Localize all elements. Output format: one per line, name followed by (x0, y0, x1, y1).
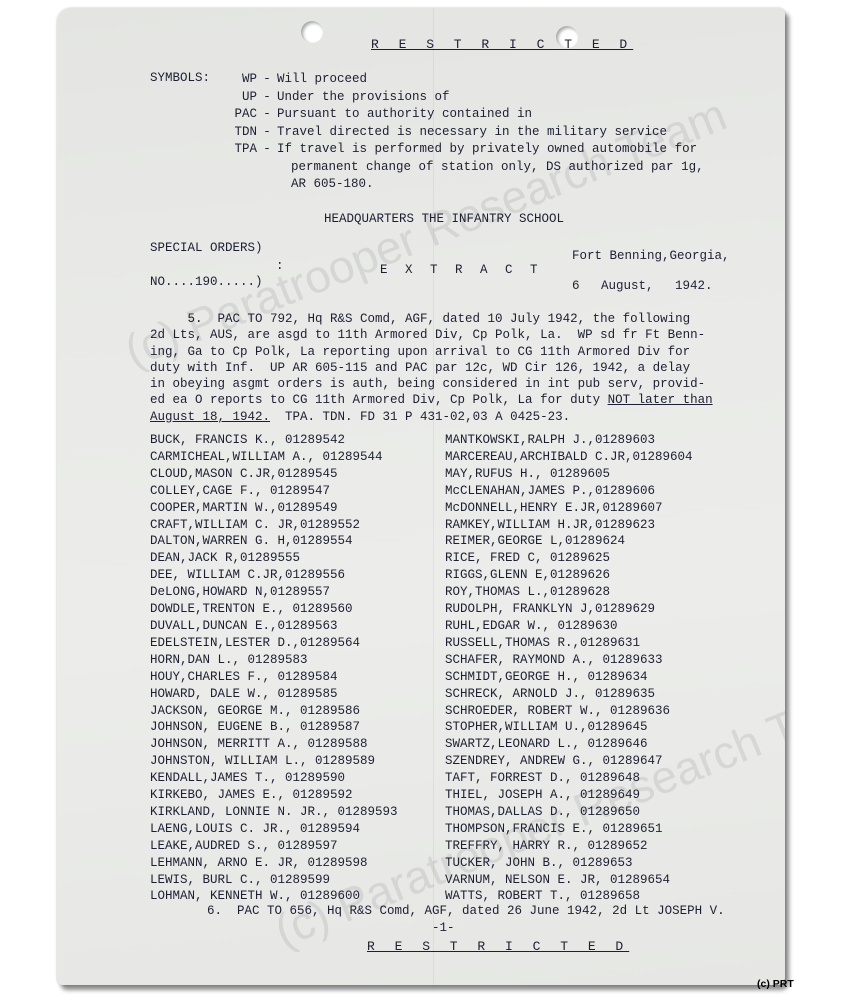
punch-hole-left (301, 21, 323, 43)
officer-entry: McCLENAHAN,JAMES P.,01289606 (445, 483, 693, 500)
officer-entry: VARNUM, NELSON E. JR, 01289654 (445, 872, 693, 889)
officer-list-left: BUCK, FRANCIS K., 01289542CARMICHEAL,WIL… (150, 432, 398, 905)
symbol-meaning: If travel is performed by privately owne… (277, 141, 697, 159)
officer-entry: RUHL,EDGAR W., 01289630 (445, 618, 693, 635)
p5-last-line: ed ea O reports to CG 11th Armored Div, … (150, 393, 608, 407)
officer-entry: CRAFT,WILLIAM C. JR,01289552 (150, 517, 398, 534)
officer-entry: TAFT, FORREST D., 01289648 (445, 770, 693, 787)
officer-entry: RICE, FRED C, 01289625 (445, 550, 693, 567)
extract-label: E X T R A C T (380, 263, 543, 278)
symbol-code (217, 176, 257, 194)
officer-entry: MANTKOWSKI,RALPH J.,01289603 (445, 432, 693, 449)
officer-entry: DEE, WILLIAM C.JR,01289556 (150, 567, 398, 584)
symbol-code: WP (217, 71, 257, 89)
symbol-entry: TDN-Travel directed is necessary in the … (217, 124, 704, 142)
officer-entry: LEHMANN, ARNO E. JR, 01289598 (150, 855, 398, 872)
officer-entry: RUDOLPH, FRANKLYN J,01289629 (445, 601, 693, 618)
officer-entry: HOUY,CHARLES F., 01289584 (150, 669, 398, 686)
order-number: NO....190.....) (150, 275, 263, 290)
copyright-credit: (c) PRT (757, 978, 794, 990)
headquarters-title: HEADQUARTERS THE INFANTRY SCHOOL (324, 212, 564, 227)
officer-entry: JOHNSON, MERRITT A., 01289588 (150, 736, 398, 753)
deadline-emphasis: NOT later than (608, 393, 713, 407)
officer-entry: JOHNSTON, WILLIAM L., 01289589 (150, 753, 398, 770)
officer-entry: LEAKE,AUDRED S., 01289597 (150, 838, 398, 855)
officer-entry: CLOUD,MASON C.JR,01289545 (150, 466, 398, 483)
symbol-entry: TPA-If travel is performed by privately … (217, 141, 704, 159)
officer-entry: STOPHER,WILLIAM U.,01289645 (445, 719, 693, 736)
paragraph-line: ing, Ga to Cp Polk, La reporting upon ar… (150, 344, 785, 360)
officer-entry: COOPER,MARTIN W.,01289549 (150, 500, 398, 517)
officer-entry: DALTON,WARREN G. H,01289554 (150, 533, 398, 550)
officer-entry: JOHNSON, EUGENE B., 01289587 (150, 719, 398, 736)
officer-entry: RAMKEY,WILLIAM H.JR,01289623 (445, 517, 693, 534)
symbol-meaning: Pursuant to authority contained in (277, 106, 532, 124)
officer-entry: KENDALL,JAMES T., 01289590 (150, 770, 398, 787)
officer-entry: SCHAFER, RAYMOND A., 01289633 (445, 652, 693, 669)
paragraph-line: in obeying asgmt orders is auth, being c… (150, 376, 785, 392)
officer-entry: TUCKER, JOHN B., 01289653 (445, 855, 693, 872)
officer-entry: EDELSTEIN,LESTER D.,01289564 (150, 635, 398, 652)
officer-entry: LOHMAN, KENNETH W., 01289600 (150, 888, 398, 905)
symbol-code: PAC (217, 106, 257, 124)
symbol-dash (257, 176, 277, 194)
symbol-meaning: AR 605-180. (277, 176, 374, 194)
officer-entry: SZENDREY, ANDREW G., 01289647 (445, 753, 693, 770)
symbol-dash: - (257, 71, 277, 89)
officer-entry: DUVALL,DUNCAN E.,01289563 (150, 618, 398, 635)
symbol-entry: permanent change of station only, DS aut… (217, 159, 704, 177)
officer-entry: MAY,RUFUS H., 01289605 (445, 466, 693, 483)
order-date: 6 August, 1942. (572, 279, 713, 294)
officer-entry: THIEL, JOSEPH A., 01289649 (445, 787, 693, 804)
officer-entry: JACKSON, GEORGE M., 01289586 (150, 703, 398, 720)
officer-entry: SCHROEDER, ROBERT W., 01289636 (445, 703, 693, 720)
symbol-entry: PAC-Pursuant to authority contained in (217, 106, 704, 124)
symbols-label: SYMBOLS: (150, 71, 210, 86)
officer-entry: HORN,DAN L., 01289583 (150, 652, 398, 669)
officer-entry: LAENG,LOUIS C. JR., 01289594 (150, 821, 398, 838)
officer-entry: THOMPSON,FRANCIS E., 01289651 (445, 821, 693, 838)
officer-entry: MARCEREAU,ARCHIBALD C.JR,01289604 (445, 449, 693, 466)
officer-entry: DOWDLE,TRENTON E., 01289560 (150, 601, 398, 618)
symbols-legend: WP-Will proceedUP-Under the provisions o… (217, 71, 704, 194)
special-orders-label: SPECIAL ORDERS) (150, 241, 263, 256)
officer-entry: RUSSELL,THOMAS R.,01289631 (445, 635, 693, 652)
officer-entry: SCHMIDT,GEORGE H., 01289634 (445, 669, 693, 686)
officer-entry: SCHRECK, ARNOLD J., 01289635 (445, 686, 693, 703)
officer-entry: TREFFRY, HARRY R., 01289652 (445, 838, 693, 855)
symbol-meaning: Will proceed (277, 71, 367, 89)
symbol-dash (257, 159, 277, 177)
symbol-dash: - (257, 106, 277, 124)
symbol-dash: - (257, 141, 277, 159)
officer-entry: KIRKEBO, JAMES E., 01289592 (150, 787, 398, 804)
paragraph-5: 5. PAC TO 792, Hq R&S Comd, AGF, dated 1… (150, 311, 785, 425)
officer-entry: RIGGS,GLENN E,01289626 (445, 567, 693, 584)
officer-entry: McDONNELL,HENRY E.JR,01289607 (445, 500, 693, 517)
officer-list-right: MANTKOWSKI,RALPH J.,01289603MARCEREAU,AR… (445, 432, 693, 905)
symbol-entry: AR 605-180. (217, 176, 704, 194)
officer-entry: COLLEY,CAGE F., 01289547 (150, 483, 398, 500)
symbol-code: TDN (217, 124, 257, 142)
officer-entry: REIMER,GEORGE L,01289624 (445, 533, 693, 550)
paragraph-6: 6. PAC TO 656, Hq R&S Comd, AGF, dated 2… (207, 904, 725, 919)
symbol-entry: UP-Under the provisions of (217, 89, 704, 107)
document-page: (c) Paratrooper Research Team (c) Paratr… (57, 8, 785, 985)
symbol-code (217, 159, 257, 177)
officer-entry: KIRKLAND, LONNIE N. JR., 01289593 (150, 804, 398, 821)
page-number: -1- (432, 921, 455, 936)
deadline-date: August 18, 1942. (150, 410, 270, 424)
officer-entry: DeLONG,HOWARD N,01289557 (150, 584, 398, 601)
symbol-dash: - (257, 89, 277, 107)
symbol-code: UP (217, 89, 257, 107)
p5-tail: TPA. TDN. FD 31 P 431-02,03 A 0425-23. (270, 410, 570, 424)
classification-header: R E S T R I C T E D (371, 37, 633, 52)
officer-entry: DEAN,JACK R,01289555 (150, 550, 398, 567)
classification-footer: R E S T R I C T E D (367, 939, 629, 954)
officer-entry: LEWIS, BURL C., 01289599 (150, 872, 398, 889)
officer-entry: THOMAS,DALLAS D., 01289650 (445, 804, 693, 821)
symbol-meaning: Travel directed is necessary in the mili… (277, 124, 667, 142)
officer-entry: ROY,THOMAS L.,01289628 (445, 584, 693, 601)
symbol-meaning: permanent change of station only, DS aut… (277, 159, 704, 177)
officer-entry: BUCK, FRANCIS K., 01289542 (150, 432, 398, 449)
special-orders-colon: : (276, 259, 284, 274)
officer-entry: WATTS, ROBERT T., 01289658 (445, 888, 693, 905)
symbol-entry: WP-Will proceed (217, 71, 704, 89)
location: Fort Benning,Georgia, (572, 249, 730, 264)
paragraph-line: 2d Lts, AUS, are asgd to 11th Armored Di… (150, 327, 785, 343)
officer-entry: HOWARD, DALE W., 01289585 (150, 686, 398, 703)
symbol-meaning: Under the provisions of (277, 89, 450, 107)
symbol-dash: - (257, 124, 277, 142)
paragraph-line: 5. PAC TO 792, Hq R&S Comd, AGF, dated 1… (150, 311, 785, 327)
paragraph-line: duty with Inf. UP AR 605-115 and PAC par… (150, 360, 785, 376)
officer-entry: SWARTZ,LEONARD L., 01289646 (445, 736, 693, 753)
symbol-code: TPA (217, 141, 257, 159)
officer-entry: CARMICHEAL,WILLIAM A., 01289544 (150, 449, 398, 466)
